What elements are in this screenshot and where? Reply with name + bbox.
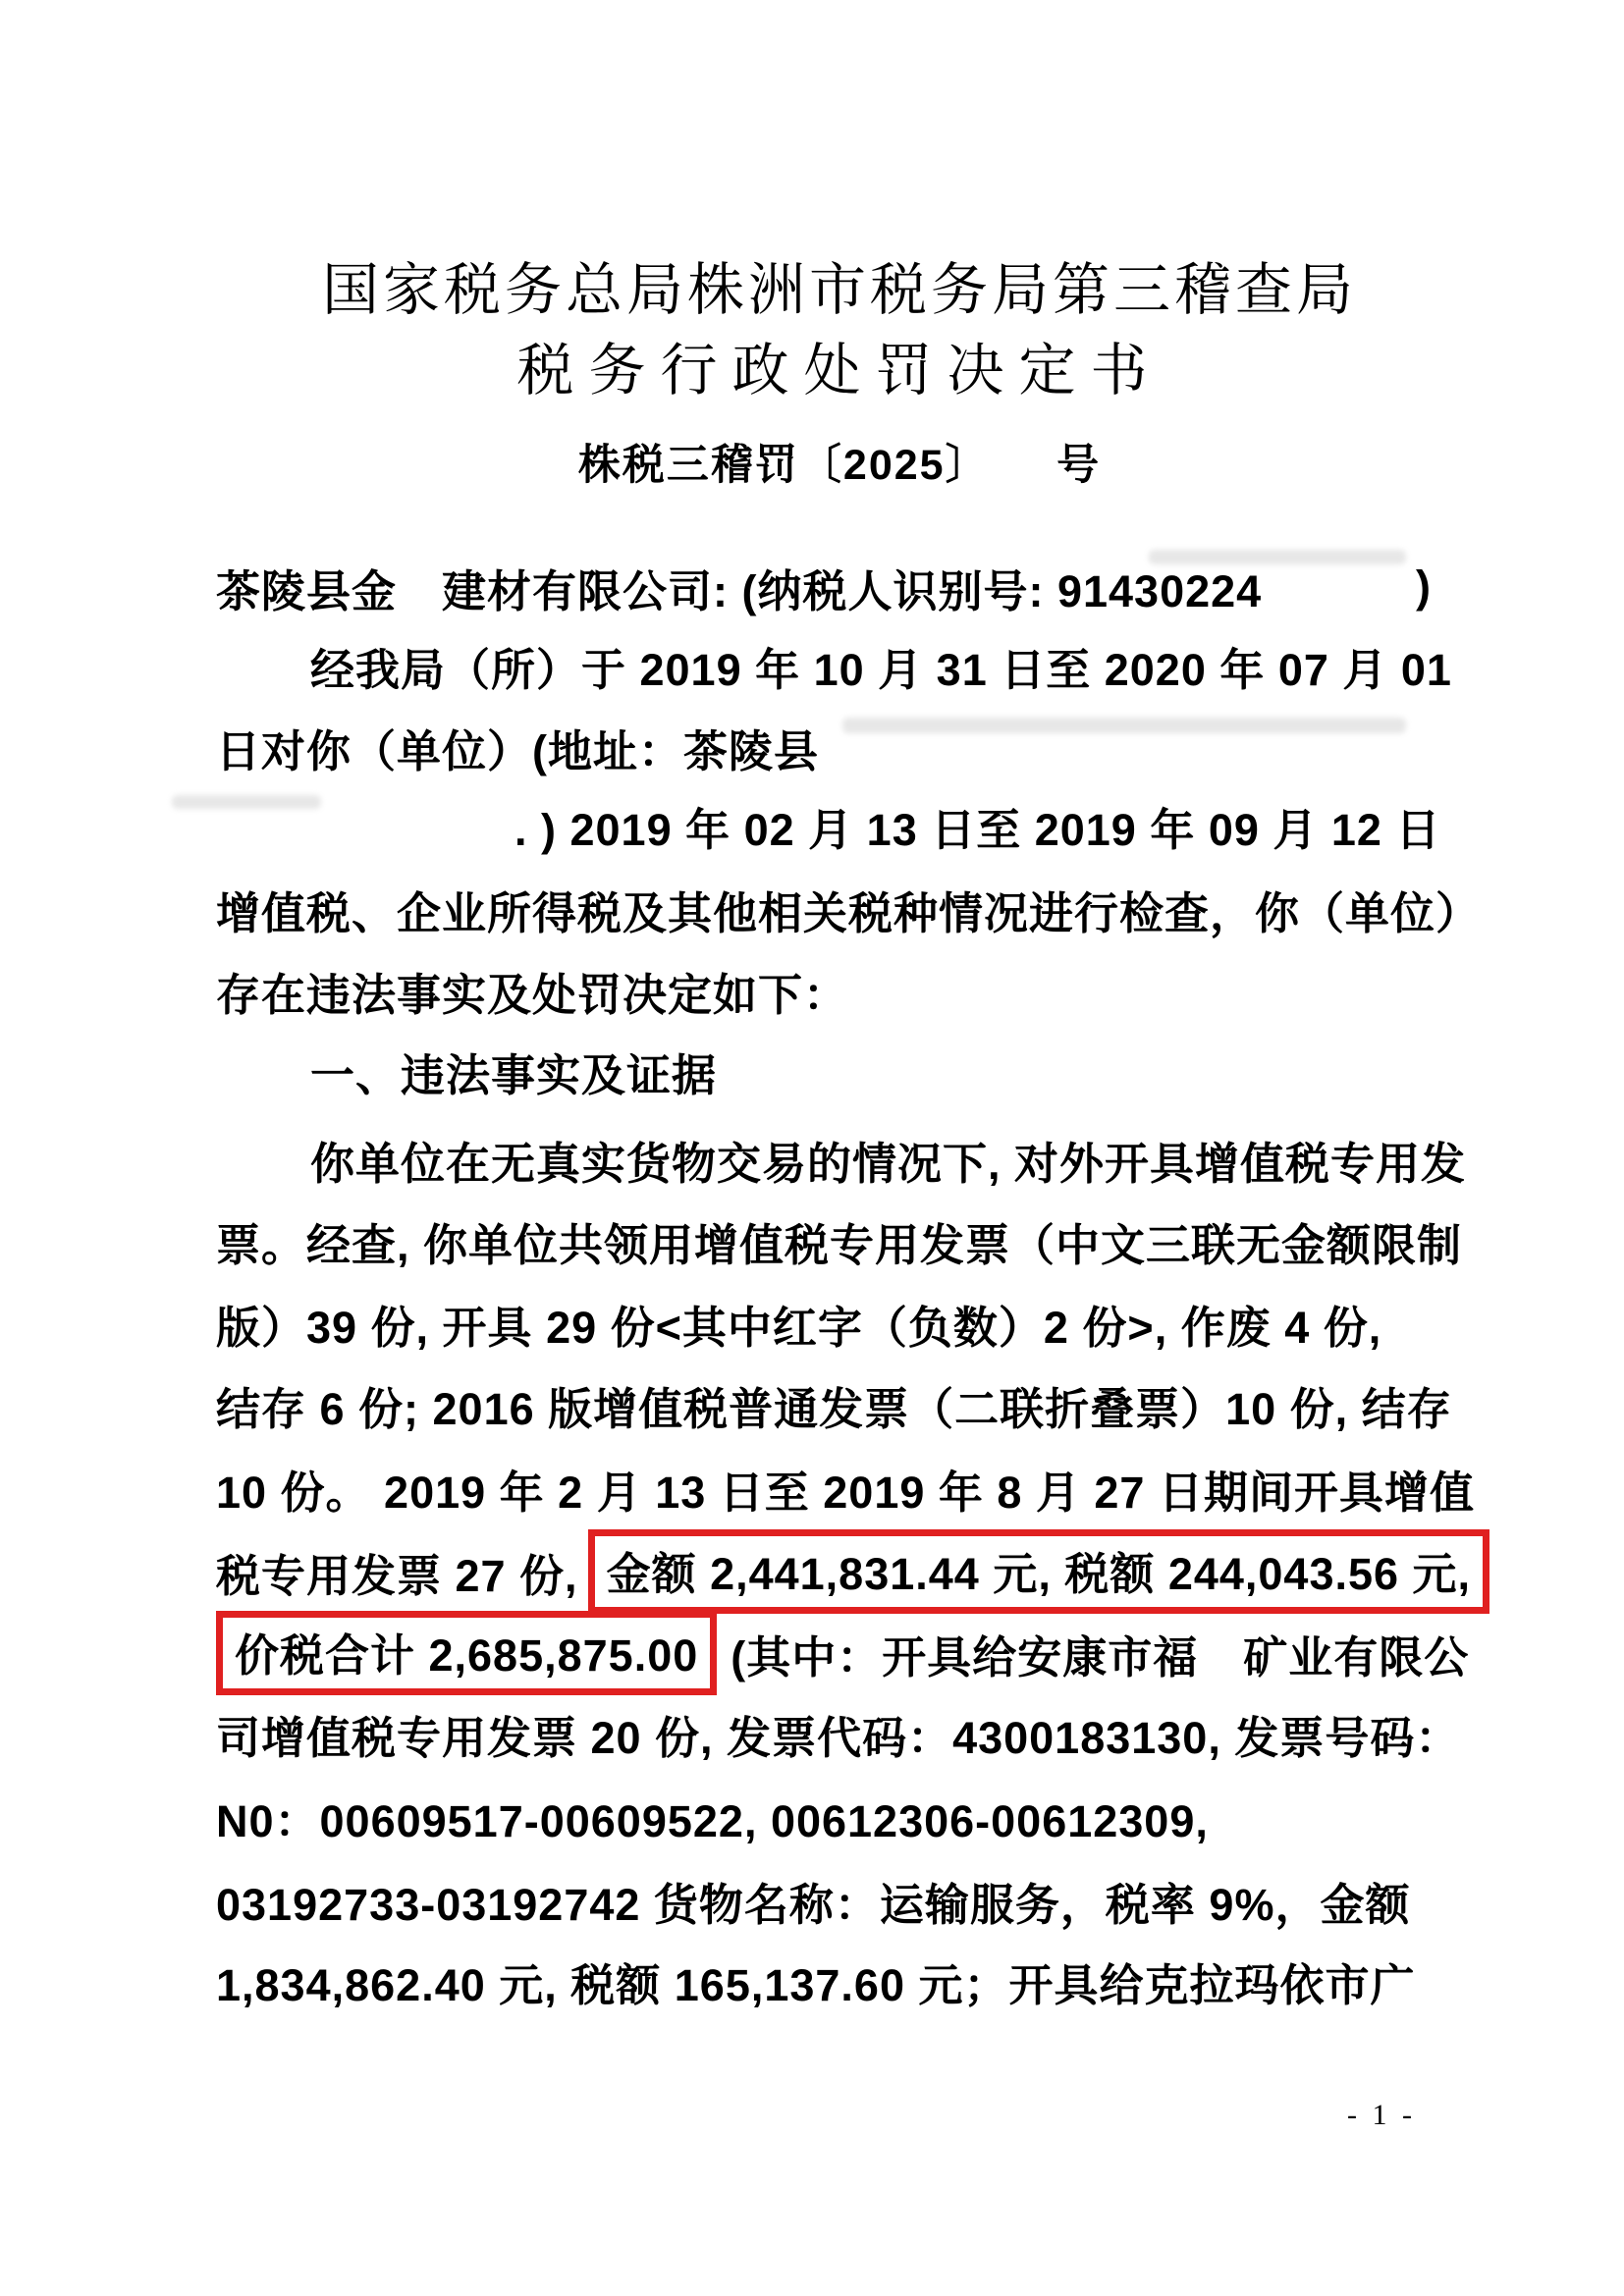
body-line: N0：00609517-00609522, 00612306-00612309,	[216, 1776, 1209, 1858]
body-line: 存在违法事实及处罚决定如下：	[216, 949, 848, 1032]
body-line: 1,834,862.40 元, 税额 165,137.60 元；开具给克拉玛依市…	[216, 1940, 1415, 2022]
document-title: 税务行政处罚决定书	[216, 324, 1463, 406]
body-line: 增值税、企业所得税及其他相关税种情况进行检查，你（单位）	[216, 868, 1481, 950]
body-line: 10 份。 2019 年 2 月 13 日至 2019 年 8 月 27 日期间…	[216, 1447, 1475, 1529]
body-line: 日对你（单位）(地址：茶陵县	[216, 706, 819, 788]
body-line: 结存 6 份; 2016 版增值税普通发票（二联折叠票）10 份, 结存	[216, 1363, 1452, 1446]
highlight-box-total: 价税合计 2,685,875.00	[216, 1611, 717, 1695]
company-name-and-taxpayer-id: 茶陵县金 建材有限公司: (纳税人识别号: 91430224	[216, 556, 1262, 619]
section-heading-violation-facts: 一、违法事实及证据	[216, 1030, 717, 1112]
body-line-with-highlight: 税专用发票 27 份, 金额 2,441,831.44 元, 税额 244,04…	[216, 1530, 1489, 1613]
document-number: 株税三稽罚〔2025〕 号	[216, 420, 1463, 503]
scanned-document-page: 国家税务总局株洲市税务局第三稽查局 税务行政处罚决定书 株税三稽罚〔2025〕 …	[0, 0, 1624, 2296]
body-line-with-highlight: 价税合计 2,685,875.00 (其中：开具给安康市福 矿业有限公	[216, 1612, 1469, 1694]
highlight-box-amount-tax: 金额 2,441,831.44 元, 税额 244,043.56 元,	[588, 1529, 1490, 1614]
body-line: . ) 2019 年 02 月 13 日至 2019 年 09 月 12 日	[216, 784, 1440, 867]
scan-artifact	[842, 718, 1406, 733]
page-number: - 1 -	[1327, 2099, 1435, 2132]
body-line: 票。经查, 你单位共领用增值税专用发票（中文三联无金额限制	[216, 1200, 1462, 1282]
closing-paren: )	[1416, 561, 1432, 613]
scan-artifact	[1149, 550, 1406, 564]
body-line: 版）39 份, 开具 29 份<其中红字（负数）2 份>, 作废 4 份,	[216, 1282, 1381, 1364]
invoice-count-text: 税专用发票 27 份,	[216, 1540, 578, 1604]
recipient-company-text: (其中：开具给安康市福 矿业有限公	[731, 1622, 1469, 1685]
issuer-line: 国家税务总局株洲市税务局第三稽查局	[216, 243, 1463, 326]
body-line: 经我局（所）于 2019 年 10 月 31 日至 2020 年 07 月 01	[216, 624, 1452, 707]
body-line: 03192733-03192742 货物名称：运输服务，税率 9%，金额	[216, 1859, 1410, 1942]
scan-artifact	[172, 795, 321, 809]
body-line: 你单位在无真实货物交易的情况下, 对外开具增值税专用发	[216, 1118, 1466, 1201]
body-line: 司增值税专用发票 20 份, 发票代码：4300183130, 发票号码：	[216, 1692, 1460, 1775]
